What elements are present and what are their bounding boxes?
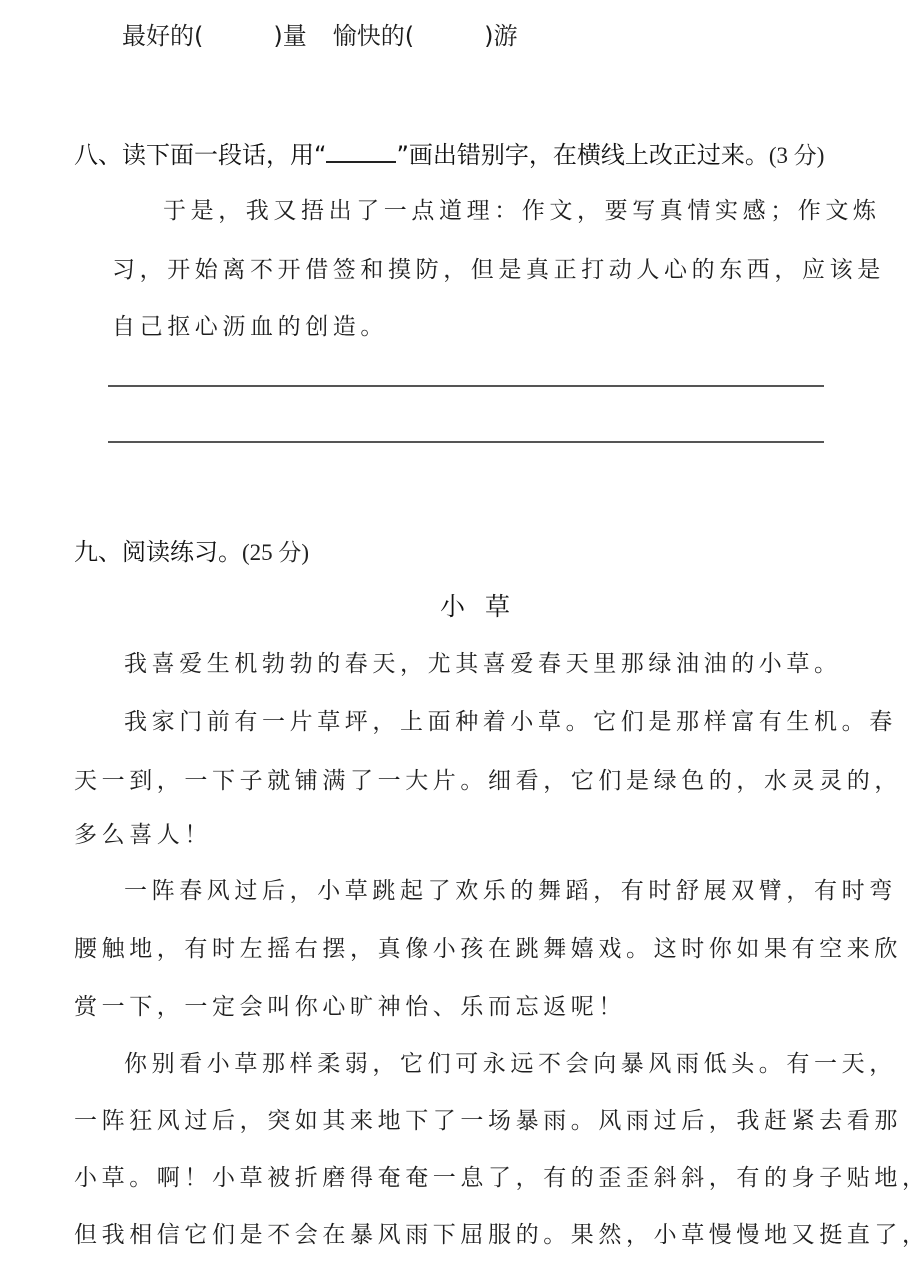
question-8-score: (3 分) bbox=[769, 143, 825, 168]
fill-item-1-prefix: 最好的( bbox=[122, 22, 203, 50]
fill-item-2-suffix: )游 bbox=[484, 22, 517, 50]
article-line-9: 一阵狂风过后，突如其来地下了一场暴雨。风雨过后，我赶紧去看那 bbox=[74, 1102, 902, 1135]
article-line-10: 小草。啊！小草被折磨得奄奄一息了，有的歪歪斜斜，有的身子贴地， bbox=[74, 1159, 921, 1192]
question-8-heading: 八、读下面一段话，用“”画出错别字，在横线上改正过来。(3 分) bbox=[74, 135, 824, 170]
article-line-2: 我家门前有一片草坪，上面种着小草。它们是那样富有生机。春 bbox=[124, 703, 897, 736]
answer-line-2[interactable] bbox=[108, 441, 824, 443]
question-9-score: (25 分) bbox=[242, 540, 309, 565]
fill-item-2-prefix: 愉快的( bbox=[333, 22, 414, 50]
answer-line-1[interactable] bbox=[108, 385, 824, 387]
article-title: 小草 bbox=[440, 587, 530, 623]
question-8-heading-prefix: 八、读下面一段话，用“ bbox=[74, 141, 326, 169]
q8-passage-line-3: 自己抠心沥血的创造。 bbox=[112, 308, 388, 341]
question-8-heading-suffix: ”画出错别字，在横线上改正过来。 bbox=[396, 141, 768, 169]
article-line-7: 赏一下，一定会叫你心旷神怡、乐而忘返呢！ bbox=[74, 988, 626, 1021]
article-line-11: 但我相信它们是不会在暴风雨下屈服的。果然，小草慢慢地又挺直了， bbox=[74, 1216, 921, 1249]
article-line-8: 你别看小草那样柔弱，它们可永远不会向暴风雨低头。有一天， bbox=[124, 1045, 897, 1078]
article-line-4: 多么喜人！ bbox=[74, 816, 212, 849]
fill-item-1-suffix: )量 bbox=[273, 22, 306, 50]
question-9-heading: 九、阅读练习。(25 分) bbox=[74, 532, 309, 567]
article-line-6: 腰触地，有时左摇右摆，真像小孩在跳舞嬉戏。这时你如果有空来欣 bbox=[74, 930, 902, 963]
article-line-5: 一阵春风过后，小草跳起了欢乐的舞蹈，有时舒展双臂，有时弯 bbox=[124, 872, 897, 905]
question-9-heading-text: 九、阅读练习。 bbox=[74, 538, 242, 566]
q8-passage-line-1: 于是，我又捂出了一点道理：作文，要写真情实感；作文炼 bbox=[163, 192, 881, 225]
q8-passage-line-2: 习，开始离不开借签和摸防，但是真正打动人心的东西，应该是 bbox=[112, 251, 885, 284]
underline-sample bbox=[326, 143, 396, 163]
fill-in-row: 最好的()量愉快的()游 bbox=[122, 16, 518, 51]
article-line-3: 天一到，一下子就铺满了一大片。细看，它们是绿色的，水灵灵的， bbox=[74, 762, 902, 795]
article-line-1: 我喜爱生机勃勃的春天，尤其喜爱春天里那绿油油的小草。 bbox=[124, 645, 842, 678]
